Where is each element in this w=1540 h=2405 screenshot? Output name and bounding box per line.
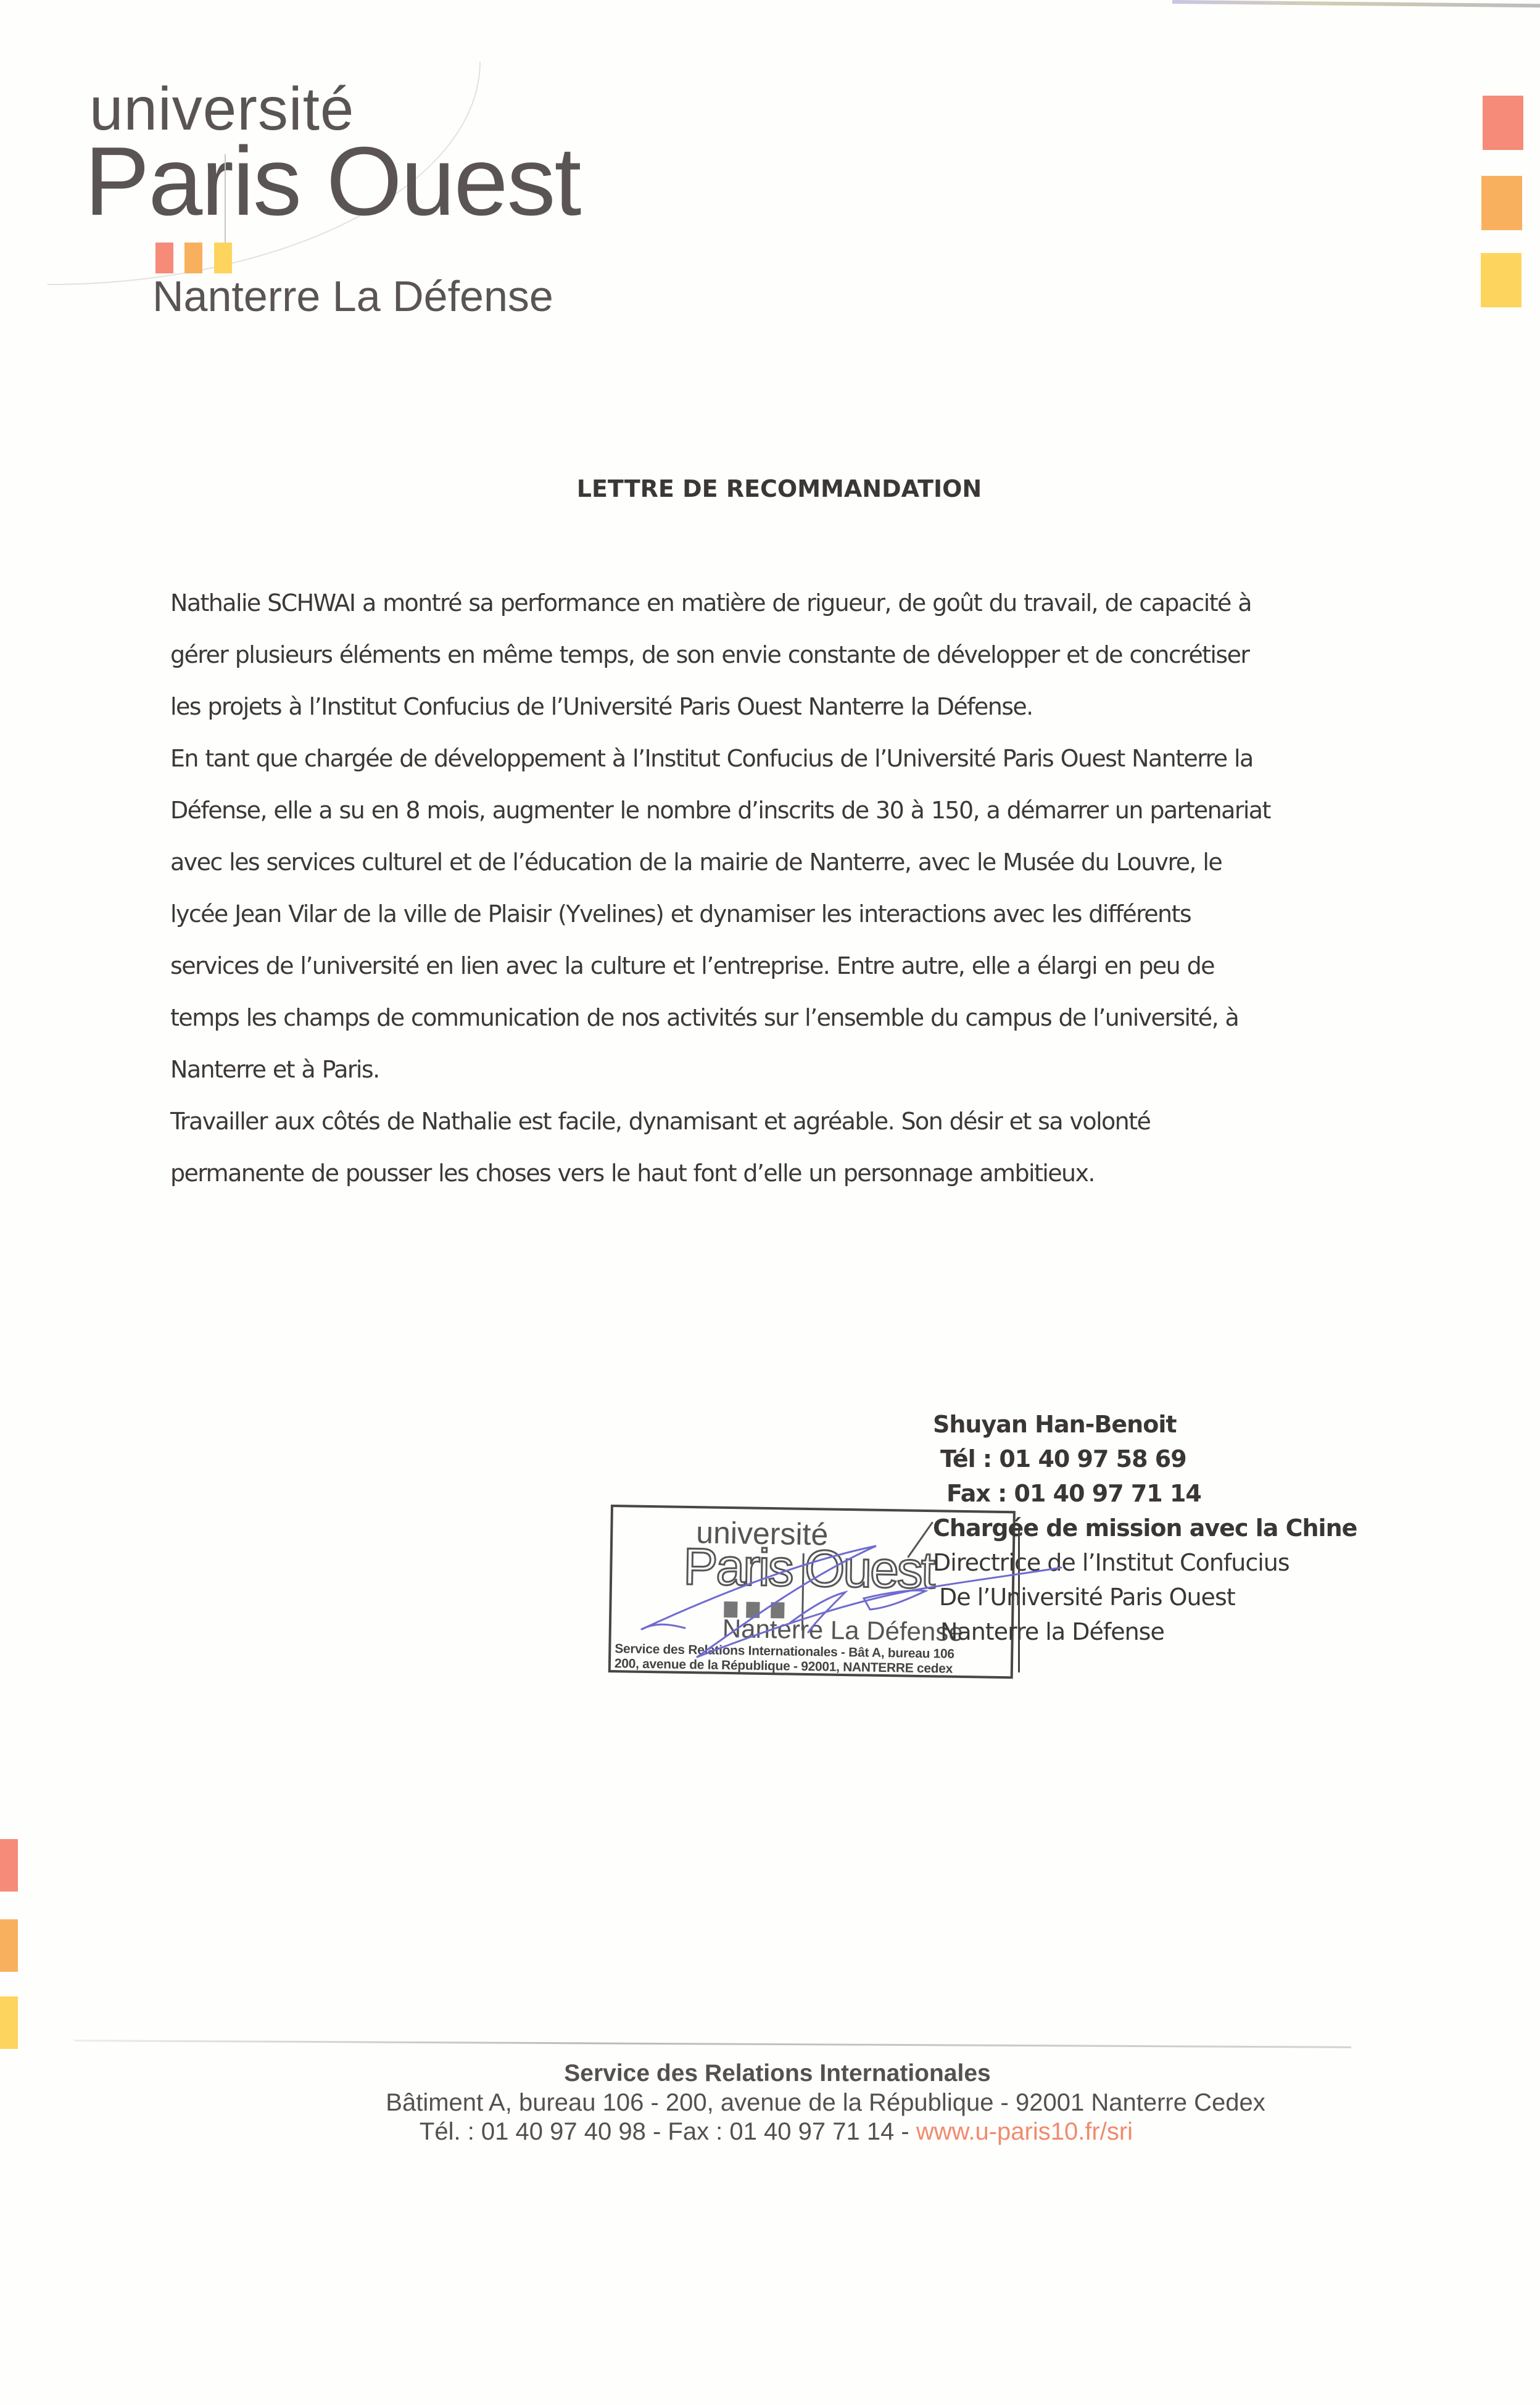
logo-square-red (155, 243, 173, 273)
letter-title: LETTRE DE RECOMMANDATION (0, 475, 1540, 502)
signatory-name: Shuyan Han-Benoit (933, 1407, 1357, 1442)
footer-website-link[interactable]: www.u-paris10.fr/sri (916, 2118, 1133, 2145)
handwritten-signature (629, 1531, 1074, 1679)
signatory-tel: Tél : 01 40 97 58 69 (933, 1442, 1357, 1476)
body-line: gérer plusieurs éléments en même temps, … (170, 629, 1373, 681)
left-square-orange (0, 1919, 18, 1972)
left-square-yellow (0, 1996, 18, 2049)
body-line: services de l’université en lien avec la… (170, 940, 1373, 992)
body-line: avec les services culturel et de l’éduca… (170, 836, 1373, 888)
signatory-fax: Fax : 01 40 97 71 14 (933, 1476, 1357, 1511)
right-square-red (1483, 96, 1523, 150)
footer-phone-fax: Tél. : 01 40 97 40 98 - Fax : 01 40 97 7… (420, 2118, 916, 2145)
footer-address: Bâtiment A, bureau 106 - 200, avenue de … (0, 2089, 1540, 2117)
letter-body: Nathalie SCHWAI a montré sa performance … (170, 577, 1373, 1199)
right-square-yellow (1481, 253, 1521, 307)
scan-edge-line (1172, 0, 1540, 7)
logo-line-paris-ouest: Paris Ouest (85, 133, 580, 230)
body-line: lycée Jean Vilar de la ville de Plaisir … (170, 888, 1373, 940)
body-line: temps les champs de communication de nos… (170, 992, 1373, 1044)
right-square-orange (1481, 176, 1522, 230)
body-line: Nanterre et à Paris. (170, 1044, 1373, 1095)
logo-square-yellow (214, 243, 232, 273)
footer-service: Service des Relations Internationales (0, 2060, 1540, 2087)
university-logo: université Paris Ouest Nanterre La Défen… (85, 74, 597, 333)
body-line: permanente de pousser les choses vers le… (170, 1147, 1373, 1199)
logo-square-orange (184, 243, 202, 273)
body-line: Nathalie SCHWAI a montré sa performance … (170, 577, 1373, 629)
body-line: Travailler aux côtés de Nathalie est fac… (170, 1095, 1373, 1147)
body-line: les projets à l’Institut Confucius de l’… (170, 681, 1373, 733)
footer-contact: Tél. : 01 40 97 40 98 - Fax : 01 40 97 7… (0, 2118, 1540, 2146)
left-square-red (0, 1839, 18, 1892)
body-line: En tant que chargée de développement à l… (170, 733, 1373, 784)
body-line: Défense, elle a su en 8 mois, augmenter … (170, 784, 1373, 836)
footer-divider (74, 2040, 1351, 2048)
logo-line-nanterre: Nanterre La Défense (152, 272, 553, 321)
footer-service-name: Service des Relations Internationales (564, 2060, 990, 2087)
